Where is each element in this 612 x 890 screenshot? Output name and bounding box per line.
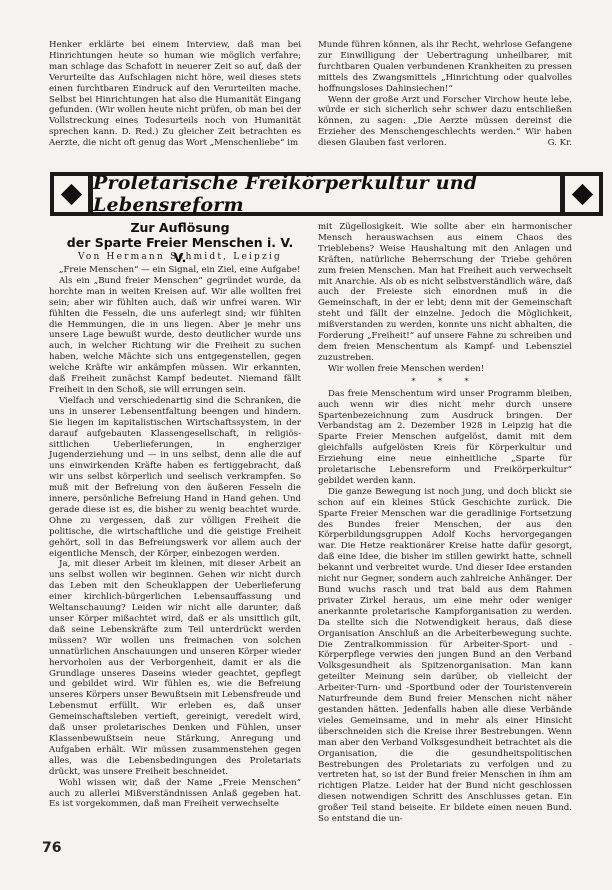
section-title: Proletarische Freikörperkultur und Leben… <box>93 176 560 212</box>
article-left-column: „Freie Menschen“ — ein Signal, ein Ziel,… <box>49 265 301 810</box>
page-number: 76 <box>42 840 61 856</box>
banner-right-box <box>565 176 599 212</box>
paragraph: Das freie Menschentum wird unser Program… <box>318 389 572 487</box>
diamond-icon <box>571 183 592 204</box>
section-banner: Proletarische Freikörperkultur und Leben… <box>50 172 603 216</box>
previous-article-right-column: Munde führen können, als ihr Recht, wehr… <box>318 40 572 149</box>
paragraph: mit Zügellosigkeit. Wie sollte aber ein … <box>318 222 572 364</box>
paragraph: Vielfach und verschiedenartig sind die S… <box>49 396 301 560</box>
banner-left-box <box>54 176 88 212</box>
paragraph: „Freie Menschen“ — ein Signal, ein Ziel,… <box>49 265 301 276</box>
paragraph: Wir wollen freie Menschen werden! <box>318 364 572 375</box>
diamond-icon <box>60 183 81 204</box>
article-right-column: mit Zügellosigkeit. Wie sollte aber ein … <box>318 222 572 825</box>
magazine-page: Henker erklärte bei einem Interview, daß… <box>0 0 612 890</box>
article-title-line-1: Zur Auflösung <box>60 220 300 235</box>
article-byline: Von Hermann Schmidt, Leipzig <box>60 252 300 262</box>
paragraph: Wenn der große Arzt und Forscher Virchow… <box>318 95 572 150</box>
paragraph: Munde führen können, als ihr Recht, wehr… <box>318 40 572 95</box>
paragraph: Ja, mit dieser Arbeit im kleinen, mit di… <box>49 559 301 777</box>
paragraph: Wohl wissen wir, daß der Name „Freie Men… <box>49 778 301 811</box>
previous-article-left-column: Henker erklärte bei einem Interview, daß… <box>49 40 301 149</box>
section-separator: * * * <box>318 376 572 387</box>
author-signature: G. Kr. <box>538 138 572 149</box>
paragraph: Die ganze Bewegung ist noch jung, und do… <box>318 487 572 825</box>
paragraph: Henker erklärte bei einem Interview, daß… <box>49 40 301 149</box>
paragraph: Als ein „Bund freier Menschen“ gegründet… <box>49 276 301 396</box>
